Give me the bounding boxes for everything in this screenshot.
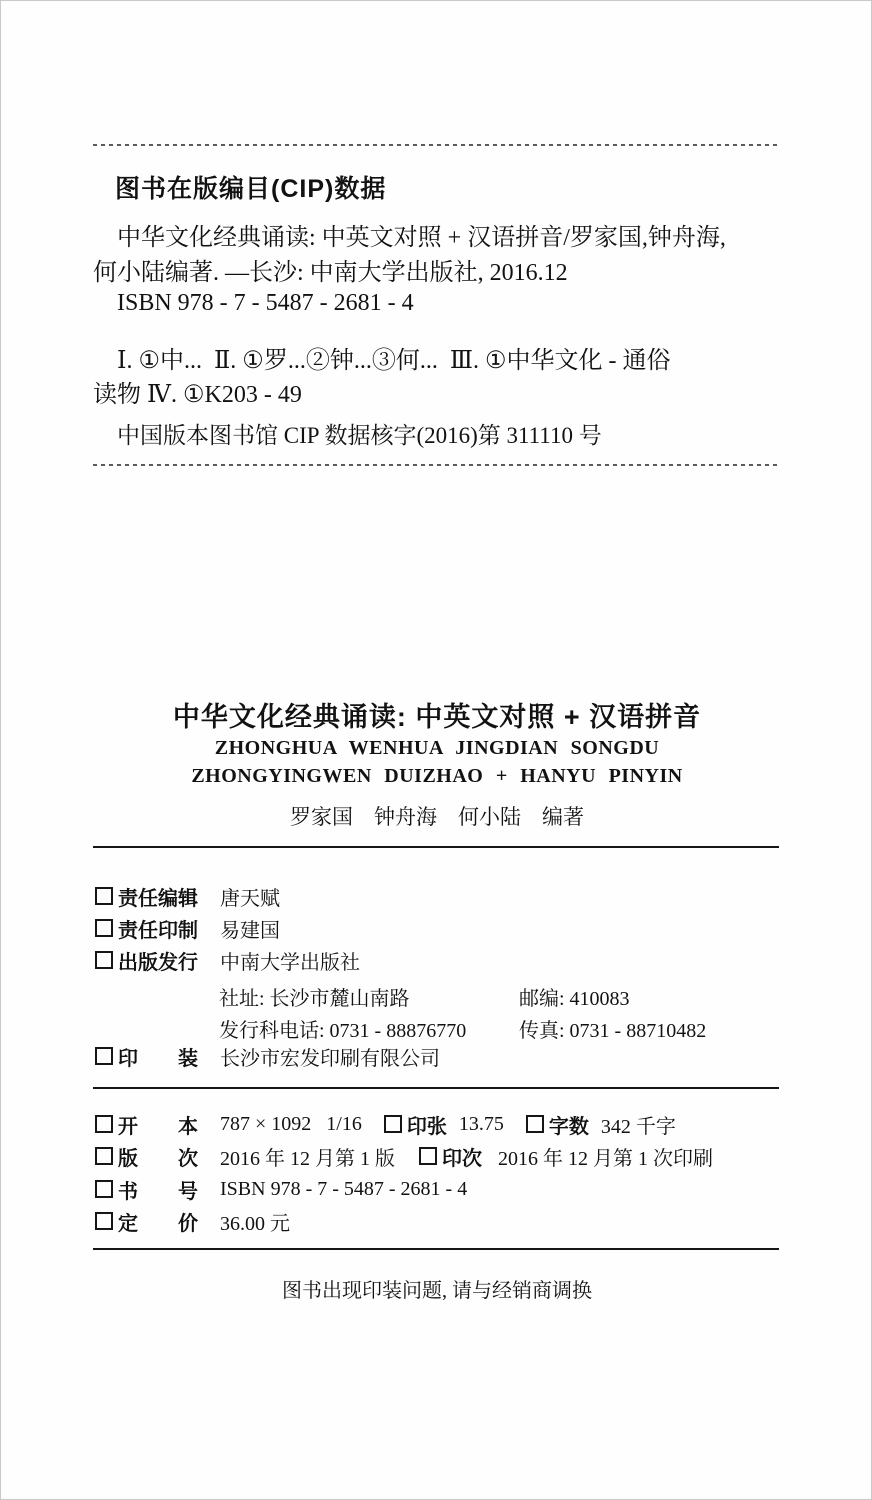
section-rule-1 [93,846,779,848]
footer-exchange-note: 图书出现印装问题, 请与经销商调换 [1,1274,872,1303]
cip-classification-line-1: Ⅰ. ①中... Ⅱ. ①罗...②钟...③何... Ⅲ. ①中华文化 - 通… [117,340,670,375]
checkbox-icon [419,1147,437,1165]
publisher-postcode: 邮编: 410083 [519,982,630,1011]
publisher-fax: 传真: 0731 - 88710482 [519,1014,706,1043]
publisher-row: 出版发行 中南大学出版社 [95,949,360,971]
checkbox-icon [95,1147,113,1165]
cip-description-line-2: 何小陆编著. —长沙: 中南大学出版社, 2016.12 [93,252,568,287]
book-number-row: 书 号 ISBN 978 - 7 - 5487 - 2681 - 4 [95,1178,467,1200]
edition-row: 版 次 2016 年 12 月第 1 版 印次 2016 年 12 月第 1 次… [95,1145,713,1167]
book-title-pinyin-line-1: ZHONGHUA WENHUA JINGDIAN SONGDU [1,737,872,760]
sheets-value: 13.75 [459,1113,504,1136]
print-supervisor-value: 易建国 [220,914,280,943]
cip-description-line-1: 中华文化经典诵读: 中英文对照 + 汉语拼音/罗家国,钟舟海, [117,217,726,252]
editor-value: 唐天赋 [220,882,280,911]
checkbox-icon [95,1115,113,1133]
edition-value: 2016 年 12 月第 1 版 [220,1142,395,1171]
price-value: 36.00 元 [220,1207,290,1236]
format-label: 开 本 [118,1110,204,1139]
printing-value: 长沙市宏发印刷有限公司 [220,1042,440,1071]
checkbox-icon [95,951,113,969]
wordcount-value: 342 千字 [601,1110,676,1139]
section-rule-3 [93,1248,779,1250]
cip-box-top-rule [93,144,779,146]
book-number-label: 书 号 [118,1175,204,1204]
impression-label: 印次 [442,1142,482,1171]
checkbox-icon [95,1212,113,1230]
cip-isbn-line: ISBN 978 - 7 - 5487 - 2681 - 4 [117,290,414,317]
book-title: 中华文化经典诵读: 中英文对照 + 汉语拼音 [1,695,872,734]
price-row: 定 价 36.00 元 [95,1210,290,1232]
checkbox-icon [95,1180,113,1198]
publisher-address: 社址: 长沙市麓山南路 [219,982,410,1011]
cip-heading: 图书在版编目(CIP)数据 [115,169,386,205]
section-rule-2 [93,1087,779,1089]
cip-record-number: 中国版本图书馆 CIP 数据核字(2016)第 311110 号 [117,417,602,450]
price-label: 定 价 [118,1207,204,1236]
print-supervisor-row: 责任印制 易建国 [95,917,280,939]
editor-label: 责任编辑 [118,882,204,911]
cip-classification-line-2: 读物 Ⅳ. ①K203 - 49 [93,374,302,409]
checkbox-icon [95,1047,113,1065]
printing-label: 印 装 [118,1042,204,1071]
format-size-value: 787 × 1092 1/16 [220,1113,362,1136]
publisher-phone: 发行科电话: 0731 - 88876770 [219,1014,466,1043]
edition-label: 版 次 [118,1142,204,1171]
copyright-page: 图书在版编目(CIP)数据 中华文化经典诵读: 中英文对照 + 汉语拼音/罗家国… [0,0,872,1500]
publisher-label: 出版发行 [118,946,204,975]
checkbox-icon [384,1115,402,1133]
print-supervisor-label: 责任印制 [118,914,204,943]
impression-value: 2016 年 12 月第 1 次印刷 [498,1142,713,1171]
book-title-pinyin-line-2: ZHONGYINGWEN DUIZHAO + HANYU PINYIN [1,765,872,788]
printing-row: 印 装 长沙市宏发印刷有限公司 [95,1045,440,1067]
editor-row: 责任编辑 唐天赋 [95,885,280,907]
checkbox-icon [95,887,113,905]
publisher-value: 中南大学出版社 [220,946,360,975]
checkbox-icon [95,919,113,937]
checkbox-icon [526,1115,544,1133]
wordcount-label: 字数 [549,1110,589,1139]
sheets-label: 印张 [407,1110,447,1139]
cip-box-bottom-rule [93,464,779,466]
format-row: 开 本 787 × 1092 1/16 印张 13.75 字数 342 千字 [95,1113,676,1135]
authors-line: 罗家国 钟舟海 何小陆 编著 [1,801,872,831]
book-number-value: ISBN 978 - 7 - 5487 - 2681 - 4 [220,1178,467,1201]
